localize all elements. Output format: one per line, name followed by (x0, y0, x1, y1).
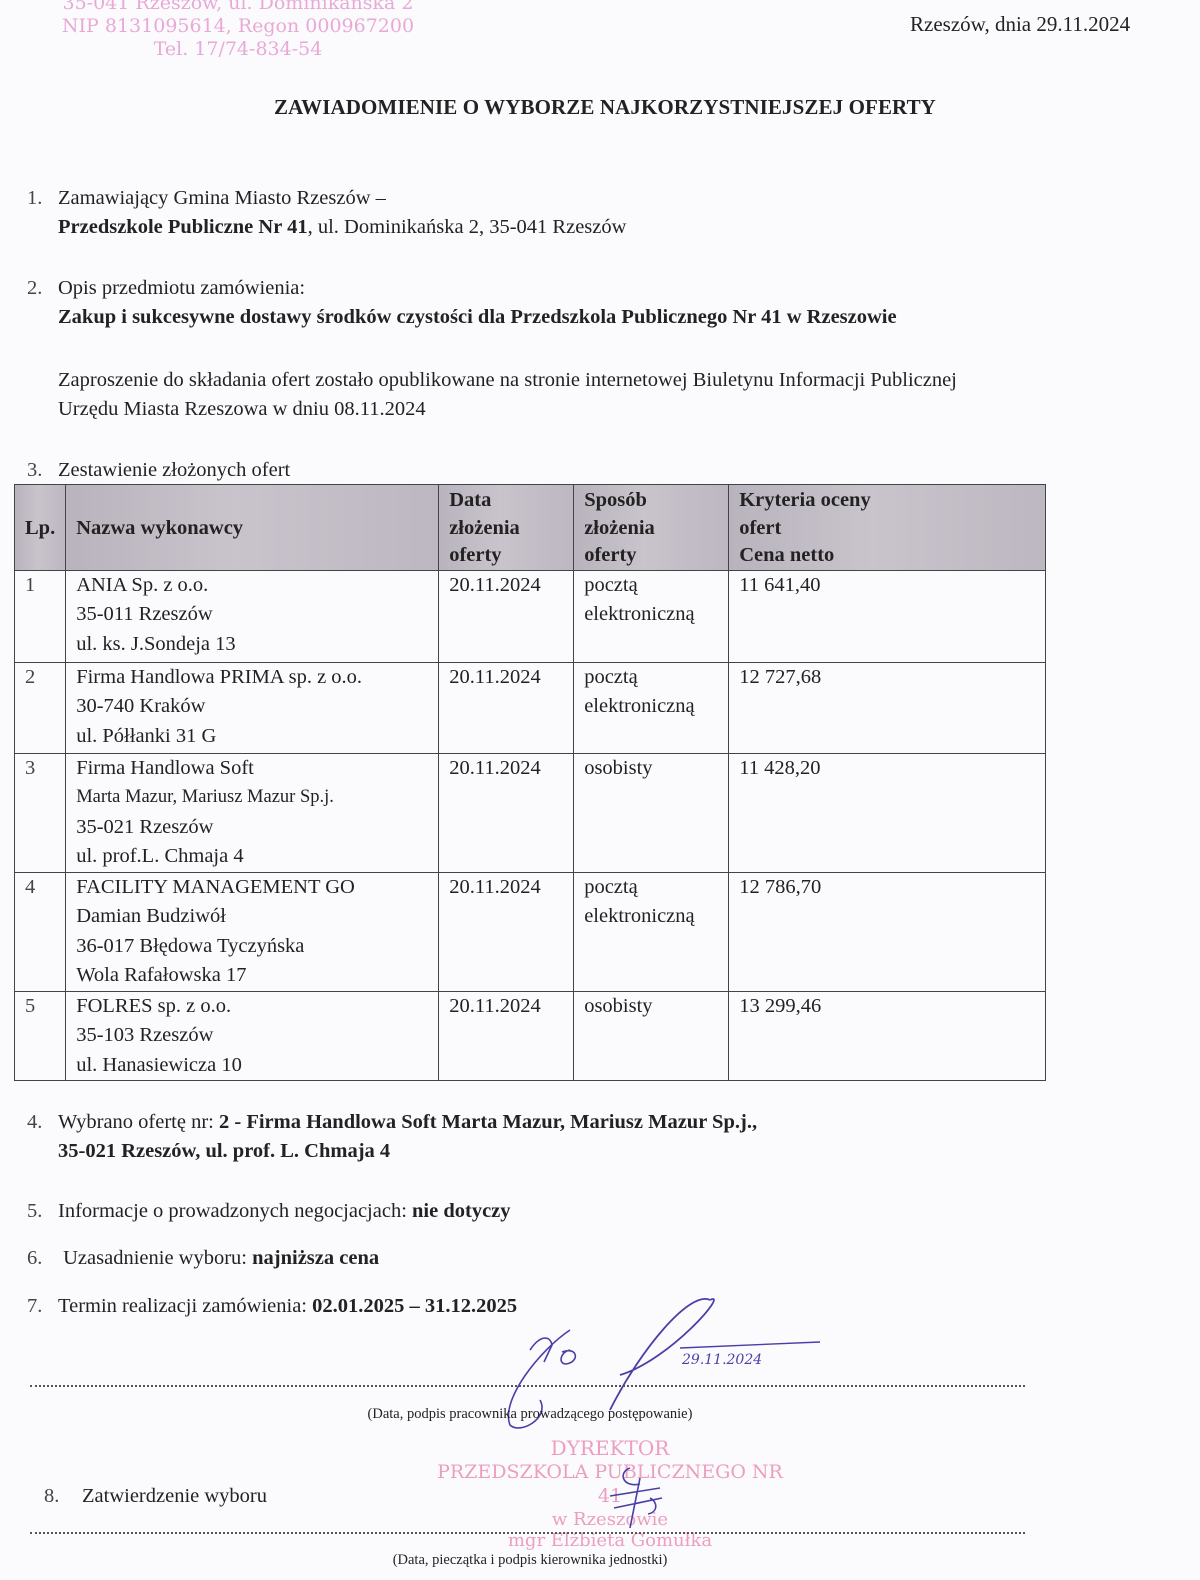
method-line: pocztą (584, 571, 718, 601)
section-5-negotiations: 5.Informacje o prowadzonych negocjacjach… (27, 1197, 511, 1226)
method-line: pocztą (584, 663, 718, 693)
cell-lp: 1 (15, 570, 66, 662)
subject-label: Opis przedmiotu zamówienia: (58, 277, 305, 299)
signature-caption-2: (Data, pieczątka i podpis kierownika jed… (30, 1552, 1030, 1569)
section-8-approval: 8.Zatwierdzenie wyboru (44, 1482, 267, 1511)
section-number: 1. (27, 184, 58, 213)
contractor-line: ul. Hanasiewicza 10 (76, 1051, 428, 1081)
cell-submission-date: 20.11.2024 (439, 570, 574, 662)
cell-submission-method: osobisty (574, 753, 729, 872)
table-row: 2Firma Handlowa PRIMA sp. z o.o.30-740 K… (15, 662, 1046, 753)
cell-net-price: 12 786,70 (729, 872, 1046, 991)
signature-line-1 (30, 1381, 1025, 1387)
contractor-line: 36-017 Błędowa Tyczyńska (76, 932, 428, 962)
header-text: Kryteria oceny (739, 487, 1035, 515)
cell-net-price: 13 299,46 (729, 991, 1046, 1081)
header-text: Cena netto (739, 542, 1035, 570)
header-text: oferty (449, 542, 563, 570)
table-header-row: Lp. Nazwa wykonawcy Data złożenia oferty… (15, 485, 1046, 571)
header-text: złożenia (449, 515, 563, 543)
contractor-line: Wola Rafałowska 17 (76, 961, 428, 991)
cell-net-price: 11 641,40 (729, 570, 1046, 662)
negotiations-label: Informacje o prowadzonych negocjacjach: (58, 1200, 412, 1222)
cell-submission-method: pocztąelektroniczną (574, 570, 729, 662)
table-row: 1ANIA Sp. z o.o.35-011 Rzeszówul. ks. J.… (15, 570, 1046, 662)
authority-name: Przedszkole Publiczne Nr 41 (58, 216, 308, 238)
authority-line: Zamawiający Gmina Miasto Rzeszów – (58, 187, 386, 209)
contractor-line: Damian Budziwół (76, 902, 428, 932)
cell-lp: 5 (15, 991, 66, 1081)
section-6-justification: 6. Uzasadnienie wyboru: najniższa cena (27, 1244, 379, 1273)
header-text: ofert (739, 515, 1035, 543)
section-number: 2. (27, 274, 58, 303)
contractor-line: 35-103 Rzeszów (76, 1021, 428, 1051)
header-criteria: Kryteria oceny ofert Cena netto (729, 485, 1046, 571)
section-1-contracting-authority: 1.Zamawiający Gmina Miasto Rzeszów – Prz… (27, 184, 626, 242)
cell-net-price: 11 428,20 (729, 753, 1046, 872)
section-4-selected-offer: 4.Wybrano ofertę nr: 2 - Firma Handlowa … (27, 1108, 757, 1166)
offers-table: Lp. Nazwa wykonawcy Data złożenia oferty… (14, 484, 1046, 1081)
selected-offer-address: 35-021 Rzeszów, ul. prof. L. Chmaja 4 (58, 1140, 390, 1162)
cell-submission-method: pocztąelektroniczną (574, 662, 729, 753)
invitation-line-2: Urzędu Miasta Rzeszowa w dniu 08.11.2024 (27, 395, 957, 424)
header-text: oferty (584, 542, 718, 570)
header-text: złożenia (584, 515, 718, 543)
header-submission-date: Data złożenia oferty (439, 485, 574, 571)
table-row: 3Firma Handlowa SoftMarta Mazur, Mariusz… (15, 753, 1046, 872)
subject-description: Zakup i sukcesywne dostawy środków czyst… (58, 306, 897, 328)
section-number: 5. (27, 1197, 58, 1226)
signature-line-2 (30, 1528, 1025, 1534)
invitation-note: Zaproszenie do składania ofert zostało o… (27, 366, 957, 424)
justification-value: najniższa cena (252, 1247, 379, 1269)
section-number: 4. (27, 1108, 58, 1137)
method-line: osobisty (584, 754, 718, 784)
cell-submission-date: 20.11.2024 (439, 872, 574, 991)
method-line: elektroniczną (584, 692, 718, 722)
section-number: 7. (27, 1292, 58, 1321)
section-number: 8. (44, 1482, 82, 1511)
cell-lp: 2 (15, 662, 66, 753)
contractor-line: ul. Półłanki 31 G (76, 722, 428, 752)
contractor-line: ul. prof.L. Chmaja 4 (76, 842, 428, 872)
stamp-address: 35-041 Rzeszów, ul. Dominikańska 2 (58, 0, 418, 15)
section-7-term: 7.Termin realizacji zamówienia: 02.01.20… (27, 1292, 517, 1321)
method-line: pocztą (584, 873, 718, 903)
header-text: Data (449, 487, 563, 515)
term-label: Termin realizacji zamówienia: (58, 1295, 312, 1317)
stamp-title: DYREKTOR (430, 1436, 790, 1460)
offers-label: Zestawienie złożonych ofert (58, 459, 290, 481)
header-text: Sposób (584, 487, 718, 515)
method-line: elektroniczną (584, 902, 718, 932)
section-number: 3. (27, 456, 58, 485)
cell-submission-method: pocztąelektroniczną (574, 872, 729, 991)
document-title: ZAWIADOMIENIE O WYBORZE NAJKORZYSTNIEJSZ… (0, 95, 1200, 120)
place-date: Rzeszów, dnia 29.11.2024 (910, 12, 1200, 37)
header-contractor-name: Nazwa wykonawcy (66, 485, 439, 571)
justification-label: Uzasadnienie wyboru: (58, 1247, 252, 1269)
cell-submission-date: 20.11.2024 (439, 991, 574, 1081)
director-signature-icon (600, 1458, 680, 1538)
contractor-line: FOLRES sp. z o.o. (76, 992, 428, 1022)
cell-submission-date: 20.11.2024 (439, 753, 574, 872)
contractor-line: Firma Handlowa Soft (76, 754, 428, 784)
contractor-line: 30-740 Kraków (76, 692, 428, 722)
contractor-line: 35-011 Rzeszów (76, 600, 428, 630)
selected-offer-value: 2 - Firma Handlowa Soft Marta Mazur, Mar… (219, 1111, 757, 1133)
section-3-offers-label: 3.Zestawienie złożonych ofert (27, 456, 290, 485)
cell-net-price: 12 727,68 (729, 662, 1046, 753)
cell-lp: 3 (15, 753, 66, 872)
section-number: 6. (27, 1244, 58, 1273)
table-row: 4FACILITY MANAGEMENT GODamian Budziwół36… (15, 872, 1046, 991)
contractor-line: Firma Handlowa PRIMA sp. z o.o. (76, 663, 428, 693)
cell-lp: 4 (15, 872, 66, 991)
cell-contractor-name: FACILITY MANAGEMENT GODamian Budziwół36-… (66, 872, 439, 991)
stamp-phone: Tel. 17/74-834-54 (58, 38, 418, 61)
cell-submission-method: osobisty (574, 991, 729, 1081)
handwritten-date: 29.11.2024 (681, 1352, 762, 1368)
authority-address: , ul. Dominikańska 2, 35-041 Rzeszów (308, 216, 627, 238)
header-submission-method: Sposób złożenia oferty (574, 485, 729, 571)
contractor-line: FACILITY MANAGEMENT GO (76, 873, 428, 903)
method-line: osobisty (584, 992, 718, 1022)
selected-offer-label: Wybrano ofertę nr: (58, 1111, 219, 1133)
cell-contractor-name: FOLRES sp. z o.o.35-103 Rzeszówul. Hanas… (66, 991, 439, 1081)
table-row: 5FOLRES sp. z o.o.35-103 Rzeszówul. Hana… (15, 991, 1046, 1081)
cell-contractor-name: Firma Handlowa SoftMarta Mazur, Mariusz … (66, 753, 439, 872)
header-lp: Lp. (15, 485, 66, 571)
invitation-line-1: Zaproszenie do składania ofert zostało o… (27, 366, 957, 395)
cell-submission-date: 20.11.2024 (439, 662, 574, 753)
method-line: elektroniczną (584, 600, 718, 630)
signature-caption-1: (Data, podpis pracownika prowadzącego po… (30, 1406, 1030, 1423)
stamp-nip-regon: NIP 8131095614, Regon 000967200 (58, 15, 418, 38)
institution-stamp: 35-041 Rzeszów, ul. Dominikańska 2 NIP 8… (58, 0, 418, 61)
contractor-line: 35-021 Rzeszów (76, 813, 428, 843)
contractor-line: Marta Mazur, Mariusz Mazur Sp.j. (76, 783, 428, 813)
negotiations-value: nie dotyczy (412, 1200, 511, 1222)
cell-contractor-name: ANIA Sp. z o.o.35-011 Rzeszówul. ks. J.S… (66, 570, 439, 662)
approval-label: Zatwierdzenie wyboru (82, 1485, 267, 1507)
cell-contractor-name: Firma Handlowa PRIMA sp. z o.o.30-740 Kr… (66, 662, 439, 753)
contractor-line: ANIA Sp. z o.o. (76, 571, 428, 601)
section-2-subject: 2.Opis przedmiotu zamówienia: Zakup i su… (27, 274, 897, 332)
contractor-line: ul. ks. J.Sondeja 13 (76, 630, 428, 660)
